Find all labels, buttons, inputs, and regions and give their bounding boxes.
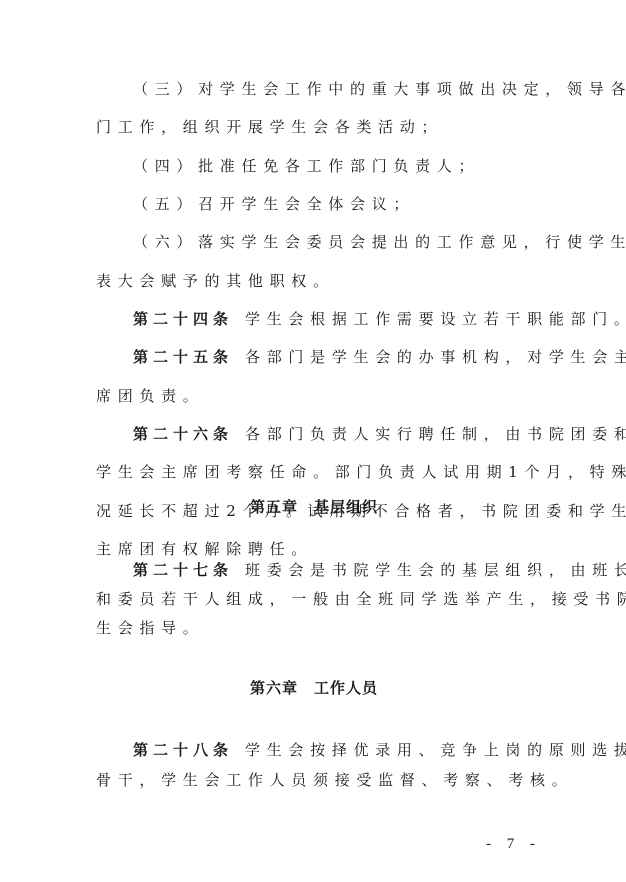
chapter-6-number: 第六章	[250, 679, 298, 697]
article-27: 第二十七条班委会是书院学生会的基层组织，由班长	[96, 555, 569, 585]
list-item-5: （五）召开学生会全体会议；	[96, 189, 569, 219]
article-26-line-2: 学生会主席团考察任命。部门负责人试用期1个月，特殊情	[96, 457, 532, 487]
article-25-text: 各部门是学生会的办事机构，对学生会主	[245, 348, 626, 366]
page-number: - 7 -	[486, 834, 541, 854]
article-27-number: 第二十七条	[133, 561, 233, 579]
article-28-text: 学生会按择优录用、竞争上岗的原则选拔	[245, 741, 626, 759]
article-24: 第二十四条学生会根据工作需要设立若干职能部门。	[96, 304, 569, 334]
article-26-text: 各部门负责人实行聘任制，由书院团委和	[245, 425, 626, 443]
list-item-3-line-1: （三）对学生会工作中的重大事项做出决定，领导各部	[96, 74, 569, 104]
list-item-4: （四）批准任免各工作部门负责人；	[96, 151, 569, 181]
article-27-line-3: 生会指导。	[96, 613, 532, 643]
article-27-text: 班委会是书院学生会的基层组织，由班长	[245, 561, 626, 579]
article-25-number: 第二十五条	[133, 348, 233, 366]
article-25-line-2: 席团负责。	[96, 381, 532, 411]
article-26-number: 第二十六条	[133, 425, 233, 443]
article-28-number: 第二十八条	[133, 741, 233, 759]
list-item-3-line-2: 门工作，组织开展学生会各类活动；	[96, 112, 532, 142]
chapter-5-heading: 第五章基层组织	[96, 492, 532, 522]
list-item-6-line-1: （六）落实学生会委员会提出的工作意见，行使学生代	[96, 227, 569, 257]
chapter-6-heading: 第六章工作人员	[96, 673, 532, 703]
article-25: 第二十五条各部门是学生会的办事机构，对学生会主	[96, 342, 569, 372]
article-24-number: 第二十四条	[133, 310, 233, 328]
article-28-line-2: 骨干，学生会工作人员须接受监督、考察、考核。	[96, 765, 532, 795]
list-item-6-line-2: 表大会赋予的其他职权。	[96, 266, 532, 296]
article-27-line-2: 和委员若干人组成，一般由全班同学选举产生，接受书院学	[96, 584, 532, 614]
chapter-5-number: 第五章	[250, 498, 298, 516]
article-28: 第二十八条学生会按择优录用、竞争上岗的原则选拔	[96, 735, 569, 765]
chapter-5-title: 基层组织	[314, 498, 378, 516]
article-26: 第二十六条各部门负责人实行聘任制，由书院团委和	[96, 419, 569, 449]
chapter-6-title: 工作人员	[314, 679, 378, 697]
article-24-text: 学生会根据工作需要设立若干职能部门。	[245, 310, 626, 328]
